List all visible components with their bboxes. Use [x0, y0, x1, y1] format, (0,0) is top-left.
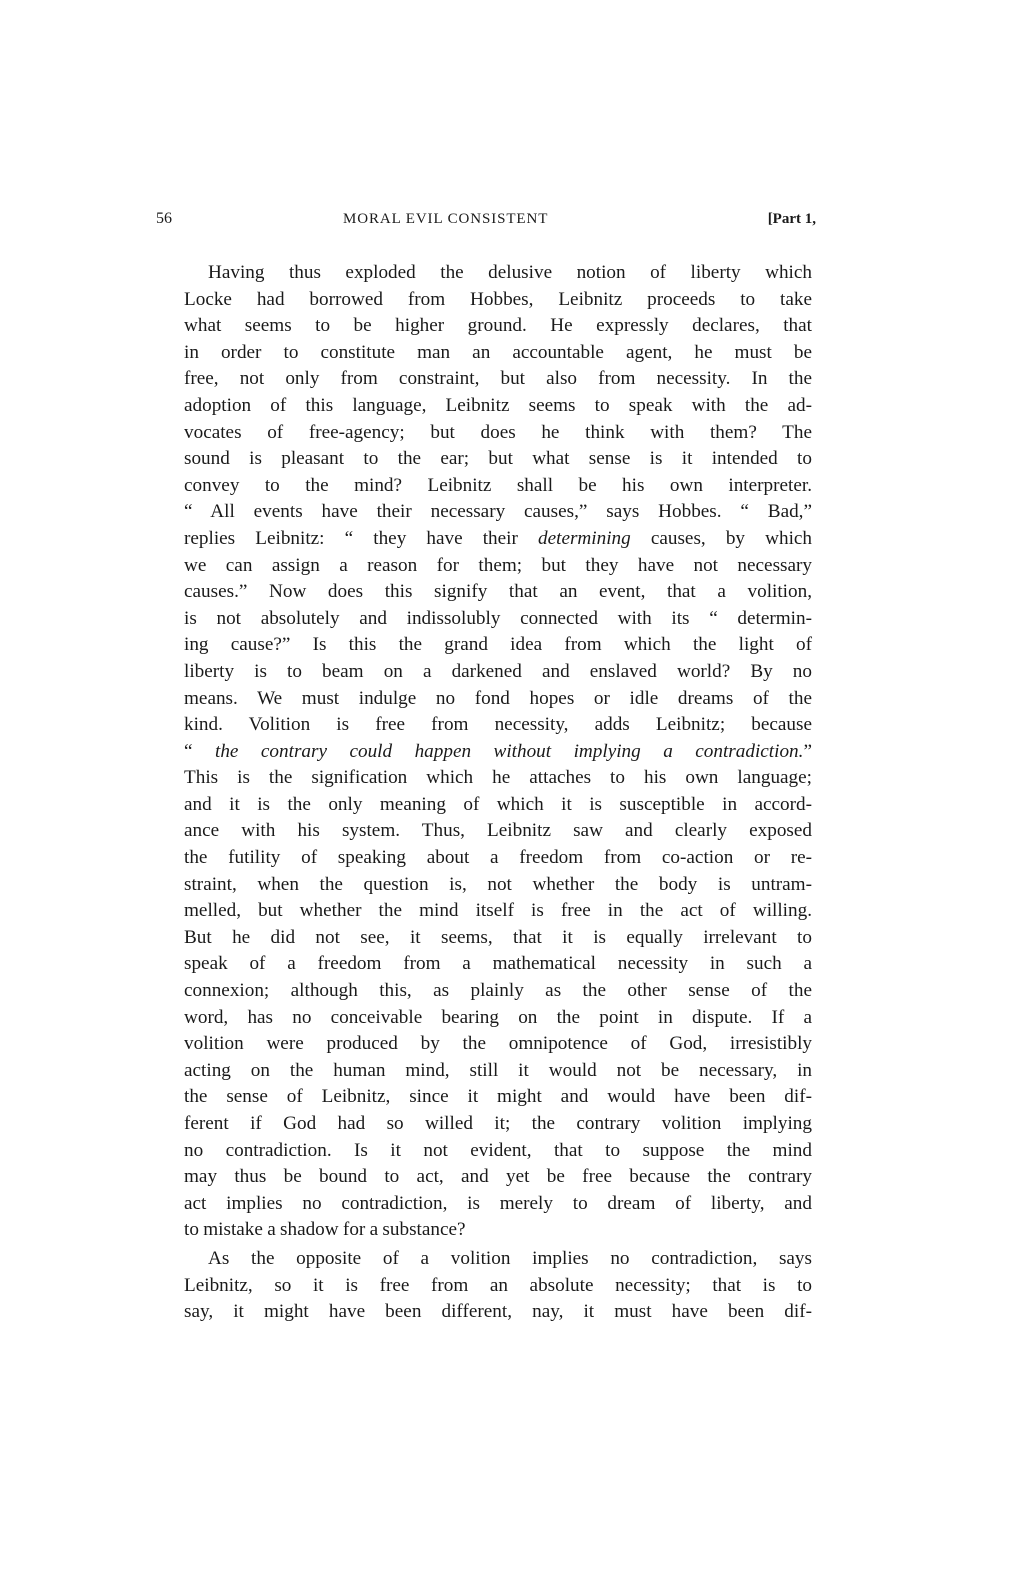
- text-line: convey to the mind? Leibnitz shall be hi…: [184, 473, 812, 500]
- italic-emphasis: the contrary could happen without implyi…: [215, 741, 803, 762]
- running-head: 56 MORAL EVIL CONSISTENT [Part 1,: [156, 207, 816, 231]
- text-line: free, not only from constraint, but also…: [184, 366, 812, 393]
- text-line: say, it might have been different, nay, …: [184, 1299, 812, 1326]
- text-line: kind. Volition is free from necessity, a…: [184, 712, 812, 739]
- text-line: But he did not see, it seems, that it is…: [184, 925, 812, 952]
- text-line: Having thus exploded the delusive notion…: [184, 260, 812, 287]
- italic-emphasis: determining: [538, 528, 631, 549]
- text-line: and it is the only meaning of which it i…: [184, 792, 812, 819]
- text-line: adoption of this language, Leibnitz seem…: [184, 393, 812, 420]
- text-line: liberty is to beam on a darkened and ens…: [184, 659, 812, 686]
- text-line: ferent if God had so willed it; the cont…: [184, 1111, 812, 1138]
- page-number: 56: [156, 207, 172, 231]
- part-label: [Part 1,: [768, 207, 816, 231]
- running-title: MORAL EVIL CONSISTENT: [343, 207, 548, 231]
- text-line: word, has no conceivable bearing on the …: [184, 1005, 812, 1032]
- text-line: causes.” Now does this signify that an e…: [184, 579, 812, 606]
- text-line: may thus be bound to act, and yet be fre…: [184, 1164, 812, 1191]
- text-line: we can assign a reason for them; but the…: [184, 553, 812, 580]
- text-line: ing cause?” Is this the grand idea from …: [184, 632, 812, 659]
- body-text: Having thus exploded the delusive notion…: [184, 260, 812, 1326]
- text-line: ance with his system. Thus, Leibnitz saw…: [184, 818, 812, 845]
- text-line: act implies no contradiction, is merely …: [184, 1191, 812, 1218]
- text-run: causes, by which: [631, 528, 812, 549]
- text-line: vocates of free-agency; but does he thin…: [184, 420, 812, 447]
- paragraph-2: As the opposite of a volition implies no…: [184, 1246, 812, 1326]
- text-line: sound is pleasant to the ear; but what s…: [184, 446, 812, 473]
- text-line: acting on the human mind, still it would…: [184, 1058, 812, 1085]
- text-line: This is the signification which he attac…: [184, 765, 812, 792]
- paragraph-1: Having thus exploded the delusive notion…: [184, 260, 812, 1244]
- text-line: melled, but whether the mind itself is f…: [184, 898, 812, 925]
- text-line: Locke had borrowed from Hobbes, Leibnitz…: [184, 287, 812, 314]
- text-line: what seems to be higher ground. He expre…: [184, 313, 812, 340]
- text-line: no contradiction. Is it not evident, tha…: [184, 1138, 812, 1165]
- text-line: in order to constitute man an accountabl…: [184, 340, 812, 367]
- text-line: Leibnitz, so it is free from an absolute…: [184, 1273, 812, 1300]
- text-run: replies Leibnitz: “ they have their: [184, 528, 538, 549]
- text-line: speak of a freedom from a mathematical n…: [184, 951, 812, 978]
- text-line: “ All events have their necessary causes…: [184, 499, 812, 526]
- text-line: connexion; although this, as plainly as …: [184, 978, 812, 1005]
- text-line: to mistake a shadow for a substance?: [184, 1217, 812, 1244]
- text-line: replies Leibnitz: “ they have their dete…: [184, 526, 812, 553]
- text-line: is not absolutely and indissolubly conne…: [184, 606, 812, 633]
- text-line: the sense of Leibnitz, since it might an…: [184, 1084, 812, 1111]
- text-run: “: [184, 741, 215, 762]
- text-line: straint, when the question is, not wheth…: [184, 872, 812, 899]
- text-line: As the opposite of a volition implies no…: [184, 1246, 812, 1273]
- text-line: the futility of speaking about a freedom…: [184, 845, 812, 872]
- book-page: 56 MORAL EVIL CONSISTENT [Part 1, Having…: [0, 0, 1011, 1580]
- text-line: means. We must indulge no fond hopes or …: [184, 686, 812, 713]
- text-line: “ the contrary could happen without impl…: [184, 739, 812, 766]
- text-run: ”: [803, 741, 812, 762]
- text-line: volition were produced by the omnipotenc…: [184, 1031, 812, 1058]
